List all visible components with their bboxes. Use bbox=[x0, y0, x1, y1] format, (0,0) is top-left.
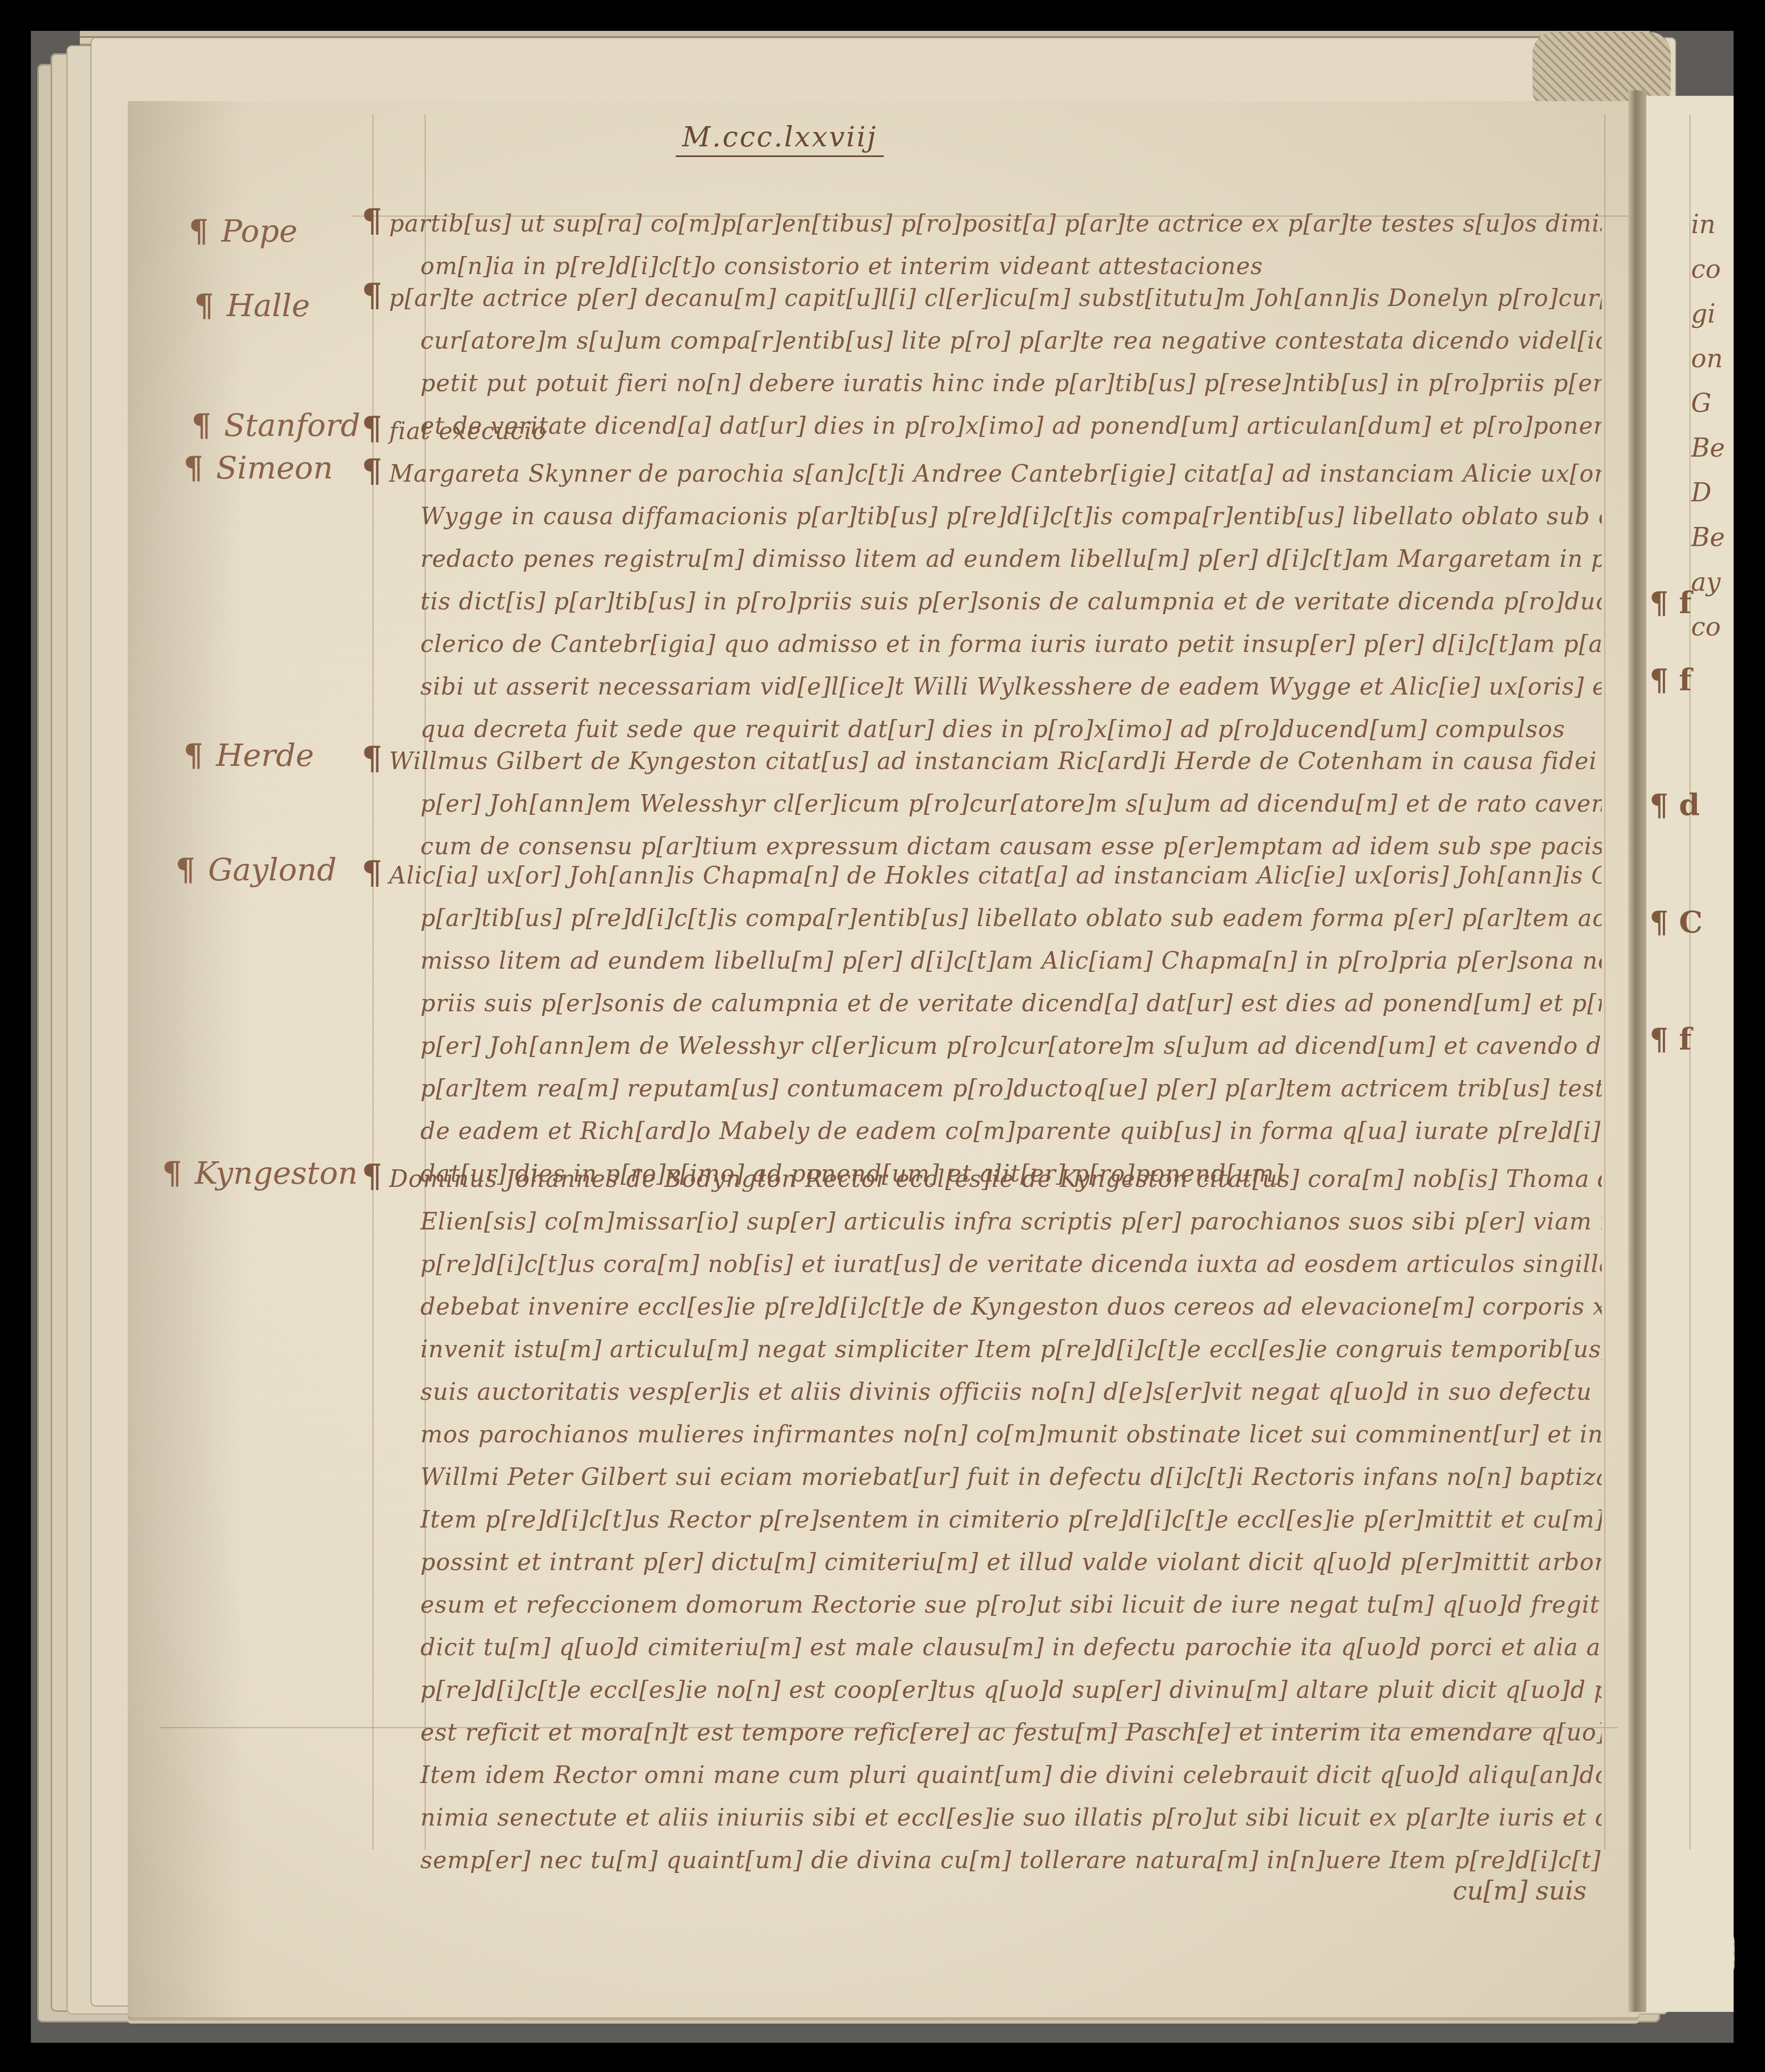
pilcrow-icon: ¶ bbox=[362, 277, 383, 314]
text-line-content: Willmus Gilbert de Kyngeston citat[us] a… bbox=[389, 748, 1602, 775]
text-line: ¶p[ar]te actrice p[er] decanu[m] capit[u… bbox=[362, 274, 1602, 320]
margin-name-gaylond: ¶Gaylond bbox=[176, 852, 337, 888]
pilcrow-icon: ¶ bbox=[194, 287, 214, 324]
facing-fragment: ay bbox=[1691, 560, 1734, 605]
text-line: ¶fiat execucio bbox=[362, 407, 1602, 453]
entry-herde: ¶Willmus Gilbert de Kyngeston citat[us] … bbox=[362, 737, 1602, 868]
pilcrow-icon: ¶ bbox=[192, 407, 211, 443]
text-line: nimia senectute et aliis iniuriis sibi e… bbox=[362, 1797, 1602, 1839]
text-line: tis dict[is] p[ar]tib[us] in p[ro]priis … bbox=[362, 581, 1602, 623]
text-line-content: p[ar]te actrice p[er] decanu[m] capit[u]… bbox=[389, 285, 1602, 312]
text-line: ¶Alic[ia] ux[or] Joh[ann]is Chapma[n] de… bbox=[362, 852, 1602, 897]
text-line: priis suis p[er]sonis de calumpnia et de… bbox=[362, 983, 1602, 1025]
pilcrow-icon: ¶ bbox=[362, 452, 383, 490]
text-line: Wygge in causa diffamacionis p[ar]tib[us… bbox=[362, 496, 1602, 538]
facing-fragment: Be bbox=[1691, 515, 1734, 560]
facing-fragment: on bbox=[1691, 336, 1734, 381]
facing-fragment: in bbox=[1691, 202, 1734, 247]
pilcrow-icon: ¶ bbox=[362, 740, 383, 777]
margin-name-label: Gaylond bbox=[208, 852, 337, 888]
text-line-content: Margareta Skynner de parochia s[an]c[t]i… bbox=[389, 460, 1602, 488]
text-line: p[ar]tem rea[m] reputam[us] contumacem p… bbox=[362, 1068, 1602, 1110]
text-line: petit put potuit fieri no[n] debere iura… bbox=[362, 362, 1602, 405]
margin-name-herde: ¶Herde bbox=[184, 737, 314, 773]
text-line: suis auctoritatis vesp[er]is et aliis di… bbox=[362, 1371, 1602, 1414]
text-line-content: partib[us] ut sup[ra] co[m]p[ar]en[tibus… bbox=[389, 210, 1602, 237]
text-line: misso litem ad eundem libellu[m] p[er] d… bbox=[362, 940, 1602, 983]
entry-kyngeston: ¶Dominus Johannes de Bodyngton Rector ec… bbox=[362, 1155, 1602, 1882]
pilcrow-icon: ¶ bbox=[176, 852, 195, 888]
entry-stanford: ¶fiat execucio bbox=[362, 407, 1602, 453]
text-line-content: Alic[ia] ux[or] Joh[ann]is Chapma[n] de … bbox=[389, 862, 1602, 889]
pilcrow-icon: ¶ bbox=[362, 202, 383, 240]
margin-name-halle: ¶Halle bbox=[194, 287, 310, 324]
margin-name-label: Halle bbox=[227, 287, 310, 324]
facing-fragment: gi bbox=[1691, 292, 1734, 336]
text-line: p[re]d[i]c[t]us cora[m] nob[is] et iurat… bbox=[362, 1243, 1602, 1286]
text-line-content: Dominus Johannes de Bodyngton Rector ecc… bbox=[389, 1166, 1602, 1193]
facing-page-pilcrow: ¶ f bbox=[1650, 1022, 1692, 1057]
text-line: semp[er] nec tu[m] quaint[um] die divina… bbox=[362, 1839, 1602, 1882]
margin-name-label: Simeon bbox=[216, 450, 333, 486]
text-line: ¶partib[us] ut sup[ra] co[m]p[ar]en[tibu… bbox=[362, 200, 1602, 245]
text-line: Willmi Peter Gilbert sui eciam moriebat[… bbox=[362, 1456, 1602, 1499]
facing-page-pilcrow: ¶ f bbox=[1650, 663, 1692, 698]
text-line: possint et intrant p[er] dictu[m] cimite… bbox=[362, 1541, 1602, 1584]
text-line: mos parochianos mulieres infirmantes no[… bbox=[362, 1414, 1602, 1456]
pilcrow-icon: ¶ bbox=[362, 410, 383, 447]
pilcrow-icon: ¶ bbox=[162, 1155, 182, 1191]
text-line: p[re]d[i]c[t]e eccl[es]ie no[n] est coop… bbox=[362, 1669, 1602, 1712]
text-line: ¶Willmus Gilbert de Kyngeston citat[us] … bbox=[362, 737, 1602, 783]
ruling-line bbox=[1604, 114, 1605, 1850]
text-line: p[er] Joh[ann]em Welesshyr cl[er]icum p[… bbox=[362, 783, 1602, 826]
text-line: cur[atore]m s[u]um compa[r]entib[us] lit… bbox=[362, 320, 1602, 362]
catchword: cu[m] suis bbox=[1453, 1876, 1587, 1906]
text-line: de eadem et Rich[ard]o Mabely de eadem c… bbox=[362, 1110, 1602, 1153]
text-line: Item p[re]d[i]c[t]us Rector p[re]sentem … bbox=[362, 1499, 1602, 1541]
text-line: sibi ut asserit necessariam vid[e]l[ice]… bbox=[362, 666, 1602, 708]
pilcrow-icon: ¶ bbox=[362, 854, 383, 891]
book-gutter bbox=[1628, 90, 1646, 2012]
ruling-line bbox=[1689, 114, 1691, 1850]
margin-name-label: Stanford bbox=[224, 407, 360, 443]
text-line: ¶Dominus Johannes de Bodyngton Rector ec… bbox=[362, 1155, 1602, 1201]
margin-name-label: Herde bbox=[216, 737, 314, 773]
pilcrow-icon: ¶ bbox=[184, 450, 203, 486]
text-line: esum et refeccionem domorum Rectorie sue… bbox=[362, 1584, 1602, 1627]
facing-fragment: co bbox=[1691, 247, 1734, 292]
facing-fragment: co bbox=[1691, 605, 1734, 649]
text-line: ¶Margareta Skynner de parochia s[an]c[t]… bbox=[362, 450, 1602, 496]
entry-gaylond: ¶Alic[ia] ux[or] Joh[ann]is Chapma[n] de… bbox=[362, 852, 1602, 1195]
text-line: p[ar]tib[us] p[re]d[i]c[t]is compa[r]ent… bbox=[362, 897, 1602, 940]
margin-name-label: Kyngeston bbox=[195, 1155, 358, 1191]
facing-page-pilcrow: ¶ C bbox=[1650, 905, 1703, 940]
entry-simeon: ¶Margareta Skynner de parochia s[an]c[t]… bbox=[362, 450, 1602, 751]
text-line: redacto penes registru[m] dimisso litem … bbox=[362, 538, 1602, 581]
facing-fragment: D bbox=[1691, 470, 1734, 515]
facing-page-pilcrow: ¶ f bbox=[1650, 585, 1692, 621]
margin-name-simeon: ¶Simeon bbox=[184, 450, 333, 486]
text-line: invenit istu[m] articulu[m] negat simpli… bbox=[362, 1328, 1602, 1371]
pilcrow-icon: ¶ bbox=[189, 213, 209, 249]
facing-page-text: in co gi on G Be D Be ay co bbox=[1691, 202, 1734, 649]
margin-name-pope: ¶Pope bbox=[189, 213, 297, 249]
facing-fragment: G bbox=[1691, 381, 1734, 426]
folio-number: M.ccc.lxxviij bbox=[676, 121, 884, 157]
text-line: dicit tu[m] q[uo]d cimiteriu[m] est male… bbox=[362, 1627, 1602, 1669]
text-line: est reficit et mora[n]t est tempore refi… bbox=[362, 1712, 1602, 1754]
margin-name-kyngeston: ¶Kyngeston bbox=[162, 1155, 358, 1191]
facing-page-pilcrow: ¶ d bbox=[1650, 788, 1700, 823]
text-line: debebat invenire eccl[es]ie p[re]d[i]c[t… bbox=[362, 1286, 1602, 1328]
text-line: p[er] Joh[ann]em de Welesshyr cl[er]icum… bbox=[362, 1025, 1602, 1068]
text-line: Elien[sis] co[m]missar[io] sup[er] artic… bbox=[362, 1201, 1602, 1243]
margin-name-stanford: ¶Stanford bbox=[192, 407, 360, 443]
text-line: clerico de Cantebr[igia] quo admisso et … bbox=[362, 623, 1602, 666]
pilcrow-icon: ¶ bbox=[362, 1158, 383, 1195]
pilcrow-icon: ¶ bbox=[184, 737, 203, 773]
text-line-content: fiat execucio bbox=[389, 418, 546, 445]
margin-name-label: Pope bbox=[221, 213, 297, 249]
text-line: Item idem Rector omni mane cum pluri qua… bbox=[362, 1754, 1602, 1797]
page-shading bbox=[128, 101, 245, 2017]
facing-fragment: Be bbox=[1691, 426, 1734, 470]
